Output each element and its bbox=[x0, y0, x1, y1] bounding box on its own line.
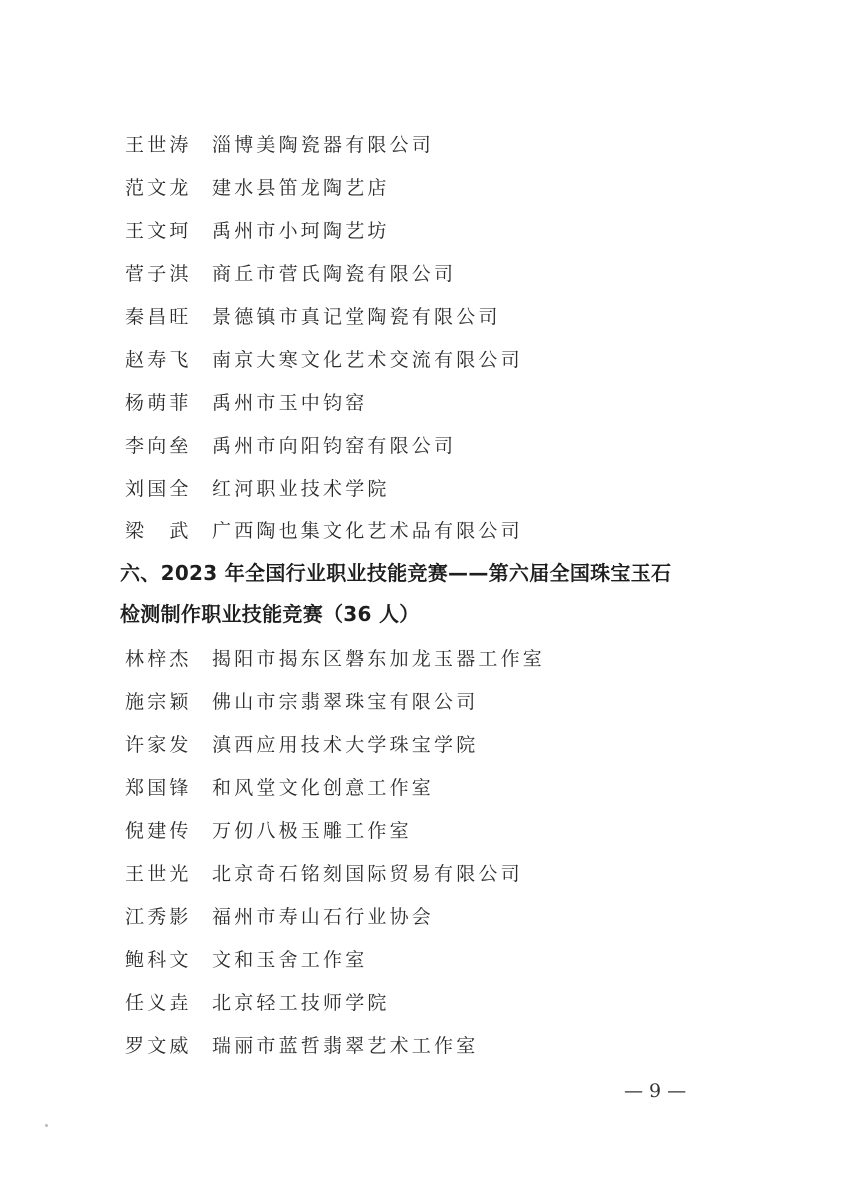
list-item: 王世涛 淄博美陶瓷器有限公司 bbox=[125, 128, 434, 158]
organization: 揭阳市揭东区磐东加龙玉器工作室 bbox=[212, 644, 545, 671]
list-item: 许家发 滇西应用技术大学珠宝学院 bbox=[125, 728, 478, 758]
organization: 万仞八极玉雕工作室 bbox=[212, 816, 412, 843]
organization: 福州市寿山石行业协会 bbox=[212, 902, 434, 929]
list-item: 菅子淇 商丘市菅氏陶瓷有限公司 bbox=[125, 257, 456, 287]
list-item: 杨萌菲 禹州市玉中钧窑 bbox=[125, 386, 367, 416]
person-name: 菅子淇 bbox=[125, 259, 212, 286]
list-item: 王世光 北京奇石铭刻国际贸易有限公司 bbox=[125, 857, 523, 887]
section-heading-line-1: 六、2023 年全国行业职业技能竞赛——第六届全国珠宝玉石 bbox=[120, 558, 671, 588]
organization: 北京轻工技师学院 bbox=[212, 988, 390, 1015]
list-item: 罗文威 瑞丽市蓝哲翡翠艺术工作室 bbox=[125, 1029, 478, 1059]
organization: 和风堂文化创意工作室 bbox=[212, 773, 434, 800]
list-item: 施宗颖 佛山市宗翡翠珠宝有限公司 bbox=[125, 685, 478, 715]
person-name: 范文龙 bbox=[125, 173, 212, 200]
organization: 瑞丽市蓝哲翡翠艺术工作室 bbox=[212, 1031, 478, 1058]
person-name: 郑国锋 bbox=[125, 773, 212, 800]
organization: 禹州市玉中钧窑 bbox=[212, 388, 367, 415]
person-name: 任义垚 bbox=[125, 988, 212, 1015]
list-item: 鲍科文 文和玉舍工作室 bbox=[125, 943, 367, 973]
person-name: 李向垒 bbox=[125, 431, 212, 458]
organization: 南京大寒文化艺术交流有限公司 bbox=[212, 345, 523, 372]
person-name: 杨萌菲 bbox=[125, 388, 212, 415]
person-name: 许家发 bbox=[125, 730, 212, 757]
scan-speck bbox=[45, 1124, 48, 1127]
organization: 景德镇市真记堂陶瓷有限公司 bbox=[212, 302, 501, 329]
organization: 商丘市菅氏陶瓷有限公司 bbox=[212, 259, 456, 286]
document-page: 王世涛 淄博美陶瓷器有限公司 范文龙 建水县笛龙陶艺店 王文珂 禹州市小珂陶艺坊… bbox=[0, 0, 848, 1200]
list-item: 江秀影 福州市寿山石行业协会 bbox=[125, 900, 434, 930]
person-name: 刘国全 bbox=[125, 474, 212, 501]
list-item: 李向垒 禹州市向阳钧窑有限公司 bbox=[125, 429, 456, 459]
organization: 红河职业技术学院 bbox=[212, 474, 390, 501]
organization: 文和玉舍工作室 bbox=[212, 945, 367, 972]
organization: 建水县笛龙陶艺店 bbox=[212, 173, 390, 200]
list-item: 王文珂 禹州市小珂陶艺坊 bbox=[125, 214, 390, 244]
organization: 北京奇石铭刻国际贸易有限公司 bbox=[212, 859, 523, 886]
person-name: 梁 武 bbox=[125, 516, 212, 543]
list-item: 郑国锋 和风堂文化创意工作室 bbox=[125, 771, 434, 801]
list-item: 倪建传 万仞八极玉雕工作室 bbox=[125, 814, 412, 844]
list-item: 范文龙 建水县笛龙陶艺店 bbox=[125, 171, 390, 201]
organization: 淄博美陶瓷器有限公司 bbox=[212, 130, 434, 157]
person-name: 王文珂 bbox=[125, 216, 212, 243]
list-item: 任义垚 北京轻工技师学院 bbox=[125, 986, 390, 1016]
list-item: 林梓杰 揭阳市揭东区磐东加龙玉器工作室 bbox=[125, 642, 545, 672]
person-name: 江秀影 bbox=[125, 902, 212, 929]
person-name: 王世涛 bbox=[125, 130, 212, 157]
section-heading-line-2: 检测制作职业技能竞赛（36 人） bbox=[120, 599, 420, 629]
person-name: 鲍科文 bbox=[125, 945, 212, 972]
organization: 广西陶也集文化艺术品有限公司 bbox=[212, 516, 523, 543]
organization: 佛山市宗翡翠珠宝有限公司 bbox=[212, 687, 478, 714]
list-item: 梁 武 广西陶也集文化艺术品有限公司 bbox=[125, 514, 523, 544]
page-number: — 9 — bbox=[624, 1080, 686, 1102]
person-name: 倪建传 bbox=[125, 816, 212, 843]
list-item: 秦昌旺 景德镇市真记堂陶瓷有限公司 bbox=[125, 300, 501, 330]
organization: 滇西应用技术大学珠宝学院 bbox=[212, 730, 478, 757]
person-name: 王世光 bbox=[125, 859, 212, 886]
person-name: 秦昌旺 bbox=[125, 302, 212, 329]
list-item: 赵寿飞 南京大寒文化艺术交流有限公司 bbox=[125, 343, 523, 373]
organization: 禹州市小珂陶艺坊 bbox=[212, 216, 390, 243]
list-item: 刘国全 红河职业技术学院 bbox=[125, 472, 390, 502]
person-name: 施宗颖 bbox=[125, 687, 212, 714]
person-name: 林梓杰 bbox=[125, 644, 212, 671]
organization: 禹州市向阳钧窑有限公司 bbox=[212, 431, 456, 458]
person-name: 赵寿飞 bbox=[125, 345, 212, 372]
person-name: 罗文威 bbox=[125, 1031, 212, 1058]
